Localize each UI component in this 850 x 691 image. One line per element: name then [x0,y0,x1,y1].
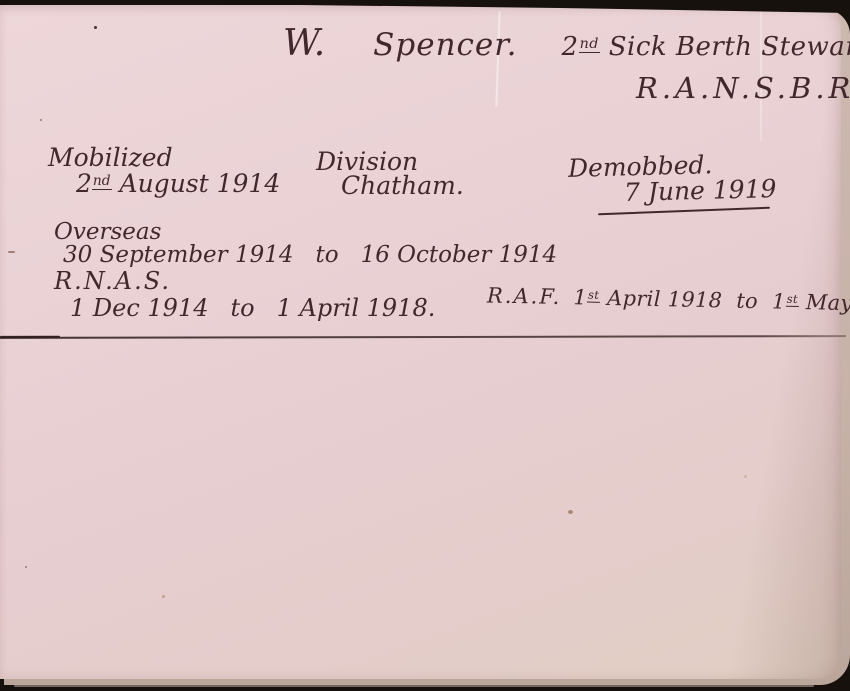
raf-label: R.A.F. [487,283,562,309]
raf-date1-ordinal: st [587,288,600,303]
foxing-speck [744,475,747,478]
overseas-to-date: 16 October 1914 [361,242,558,268]
foxing-speck [162,595,165,598]
mobilized-month-year: August 1914 [120,169,281,198]
raf-date2-month-year: May 1919. [806,290,850,316]
rnas-from-date: 1 Dec 1914 [70,294,209,322]
album-paper-page: W.Spencer.2nd Sick Berth Steward R.A.N.S… [0,5,841,679]
scanned-album-page: { "header": { "initial": "W.", "surname"… [0,0,850,691]
overseas-from-date: 30 September 1914 [63,242,294,268]
raf-dates-line: R.A.F.1st April 1918to1st May 1919. [487,283,850,316]
name-and-rank-line: W.Spencer.2nd Sick Berth Steward [283,23,850,64]
rank-ordinal: nd [579,36,600,53]
division-value: Chatham. [341,171,464,200]
bottom-page-edges-line [14,685,814,687]
demobbed-underline [598,207,770,216]
raf-date1-month-year: April 1918 [607,286,723,312]
rnas-label: R.N.A.S. [54,267,171,295]
rank-title: 2nd Sick Berth Steward [562,32,850,62]
foxing-speck [568,510,573,514]
service-abbreviation: R.A.N.S.B.R. [636,71,850,105]
name-initial: W. [283,23,325,64]
demobbed-date: 7 June 1919 [624,174,777,207]
foxing-speck [40,119,42,121]
pencil-mark [8,251,15,253]
raf-date2-ordinal: st [786,292,799,307]
raf-date1-day: 1 [573,285,587,309]
rnas-to-date: 1 April 1918. [277,294,436,322]
overseas-dates: 30 September 1914to16 October 1914 [63,242,557,268]
foxing-speck [25,566,27,568]
rank-number: 2 [562,32,579,62]
surname: Spencer. [373,27,517,63]
rnas-dates: 1 Dec 1914to1 April 1918. [70,294,435,322]
mobilized-label: Mobilized [48,143,173,172]
raf-date2-day: 1 [772,289,786,313]
mobilized-day: 2 [76,169,92,198]
rnas-to-word: to [231,294,255,322]
horizontal-rule [0,335,846,339]
mobilized-date: 2nd August 1914 [76,169,280,198]
overseas-to-word: to [316,242,339,268]
rank-text: Sick Berth Steward [609,32,850,62]
mobilized-ordinal: nd [92,173,112,190]
foxing-speck [94,26,97,29]
raf-to-word: to [736,289,758,313]
